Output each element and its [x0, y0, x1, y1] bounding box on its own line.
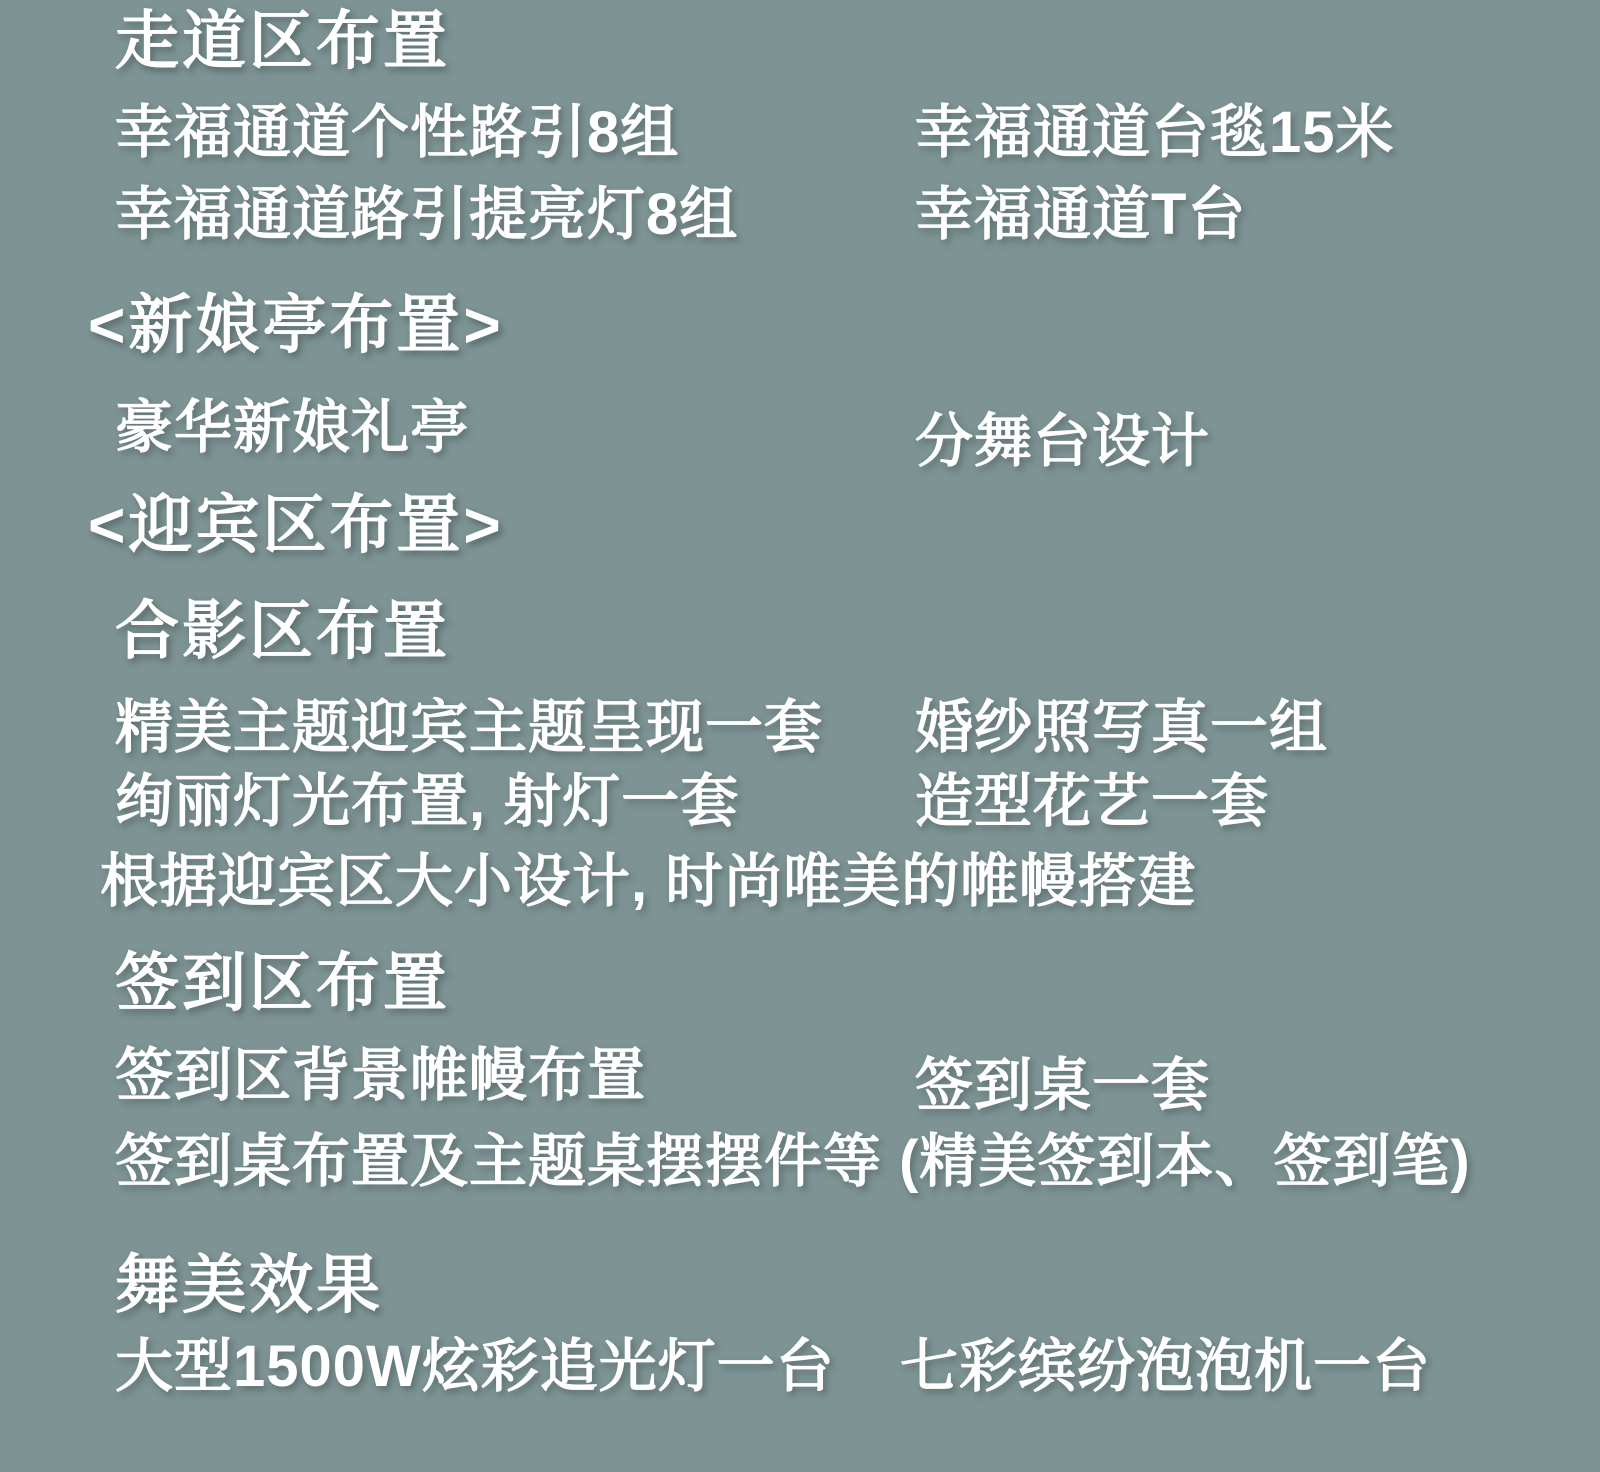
item-signin-backdrop-drapery: 签到区背景帷幔布置 [115, 1046, 915, 1106]
item-aisle-lead-lights: 幸福通道路引提亮灯8组 [115, 185, 915, 245]
item-aisle-road-leads: 幸福通道个性路引8组 [115, 103, 915, 163]
photo-area-items-row-1: 精美主题迎宾主题呈现一套 婚纱照写真一组 [115, 698, 1600, 758]
wedding-package-poster: 走道区布置 幸福通道个性路引8组 幸福通道台毯15米 幸福通道路引提亮灯8组 幸… [0, 8, 1600, 1472]
note-welcome-area-drapery: 根据迎宾区大小设计, 时尚唯美的帷幔搭建 [100, 852, 1600, 912]
stage-effects-items-row: 大型1500W炫彩追光灯一台 七彩缤纷泡泡机一台 [115, 1337, 1600, 1397]
item-luxury-bride-pavilion: 豪华新娘礼亭 [115, 398, 915, 458]
section-heading-bride-pavilion: <新娘亭布置> [88, 292, 1600, 358]
section-heading-aisle-area: 走道区布置 [115, 8, 1600, 74]
photo-area-items-row-2: 绚丽灯光布置, 射灯一套 造型花艺一套 [115, 772, 1600, 832]
item-wedding-photo-set: 婚纱照写真一组 [915, 698, 1600, 758]
subheading-photo-area: 合影区布置 [115, 598, 1600, 664]
section-heading-signin-area: 签到区布置 [115, 950, 1600, 1016]
item-floral-styling-set: 造型花艺一套 [915, 772, 1600, 832]
item-signin-table-set: 签到桌一套 [915, 1056, 1600, 1116]
item-aisle-t-stage: 幸福通道T台 [915, 185, 1600, 245]
note-signin-table-decor: 签到桌布置及主题桌摆摆件等 (精美签到本、签到笔) [115, 1132, 1600, 1192]
section-heading-welcome-area: <迎宾区布置> [88, 492, 1600, 558]
item-theme-welcome-set: 精美主题迎宾主题呈现一套 [115, 698, 915, 758]
bride-pavilion-items-row: 豪华新娘礼亭 分舞台设计 [115, 398, 1600, 458]
aisle-items-row-1: 幸福通道个性路引8组 幸福通道台毯15米 [115, 103, 1600, 163]
section-heading-stage-effects: 舞美效果 [115, 1252, 1600, 1318]
signin-items-row: 签到区背景帷幔布置 签到桌一套 [115, 1046, 1600, 1106]
item-follow-spotlight: 大型1500W炫彩追光灯一台 [115, 1337, 915, 1397]
item-bubble-machine: 七彩缤纷泡泡机一台 [900, 1337, 1585, 1397]
aisle-items-row-2: 幸福通道路引提亮灯8组 幸福通道T台 [115, 185, 1600, 245]
item-aisle-carpet: 幸福通道台毯15米 [915, 103, 1600, 163]
item-lighting-spotlights: 绚丽灯光布置, 射灯一套 [115, 772, 915, 832]
item-sub-stage-design: 分舞台设计 [915, 412, 1600, 472]
